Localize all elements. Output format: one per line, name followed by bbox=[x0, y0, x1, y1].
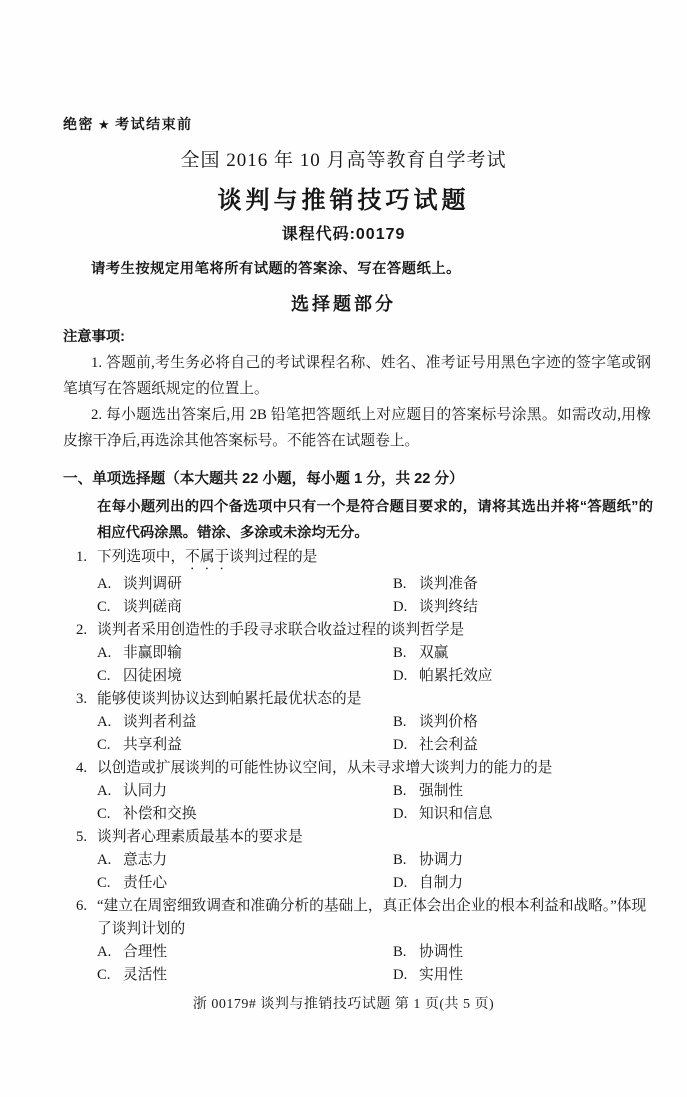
option-d: D.实用性 bbox=[393, 964, 657, 987]
exam-paper-page: 绝密★考试结束前 全国 2016 年 10 月高等教育自学考试 谈判与推销技巧试… bbox=[0, 0, 687, 1097]
option-text: 非赢即输 bbox=[123, 645, 182, 661]
option-key: A. bbox=[97, 642, 123, 665]
option-a: A.谈判者利益 bbox=[97, 711, 393, 734]
question-list: 1.下列选项中，不属于谈判过程的是 A.谈判调研 B.谈判准备 C.谈判磋商 D… bbox=[63, 546, 657, 987]
option-d: D.帕累托效应 bbox=[393, 665, 657, 688]
stem-emphasis-text: 不属于 bbox=[185, 549, 229, 565]
question-number: 6. bbox=[76, 895, 87, 918]
stem-text: 谈判者心理素质最基本的要求是 bbox=[97, 829, 303, 845]
note-item-1: 1. 答题前,考生务必将自己的考试课程名称、姓名、准考证号用黑色字迹的签字笔或钢… bbox=[63, 350, 651, 402]
option-c: C.共享利益 bbox=[97, 734, 393, 757]
option-c: C.责任心 bbox=[97, 872, 393, 895]
option-key: C. bbox=[97, 964, 123, 987]
option-text: 协调性 bbox=[419, 944, 463, 960]
option-c: C.谈判磋商 bbox=[97, 596, 393, 619]
option-b: B.双赢 bbox=[393, 642, 657, 665]
question-number: 5. bbox=[76, 826, 87, 849]
stem-text: 以创造或扩展谈判的可能性协议空间，从未寻求增大谈判力的能力的是 bbox=[97, 760, 552, 776]
option-key: B. bbox=[393, 780, 419, 803]
classification-label: 绝密 bbox=[63, 116, 94, 132]
option-b: B.协调力 bbox=[393, 849, 657, 872]
section-instructions: 在每小题列出的四个备选项中只有一个是符合题目要求的，请将其选出并将“答题纸”的相… bbox=[97, 494, 653, 546]
section-heading: 一、单项选择题（本大题共 22 小题，每小题 1 分，共 22 分） bbox=[63, 464, 653, 494]
option-key: A. bbox=[97, 711, 123, 734]
exam-session-title: 全国 2016 年 10 月高等教育自学考试 bbox=[0, 147, 687, 175]
option-b: B.谈判准备 bbox=[393, 573, 657, 596]
option-a: A.谈判调研 bbox=[97, 573, 393, 596]
option-d: D.谈判终结 bbox=[393, 596, 657, 619]
option-key: D. bbox=[393, 872, 419, 895]
option-text: 合理性 bbox=[123, 944, 167, 960]
single-choice-section: 一、单项选择题（本大题共 22 小题，每小题 1 分，共 22 分） 在每小题列… bbox=[63, 464, 653, 546]
option-d: D.知识和信息 bbox=[393, 803, 657, 826]
option-a: A.认同力 bbox=[97, 780, 393, 803]
option-grid: A.非赢即输 B.双赢 C.囚徒困境 D.帕累托效应 bbox=[63, 642, 657, 688]
note-item-2: 2. 每小题选出答案后,用 2B 铅笔把答题纸上对应题目的答案标号涂黑。如需改动… bbox=[63, 402, 651, 454]
option-key: C. bbox=[97, 596, 123, 619]
question-number: 3. bbox=[76, 688, 87, 711]
question-6: 6.“建立在周密细致调查和准确分析的基础上，真正体会出企业的根本利益和战略。”体… bbox=[63, 895, 657, 987]
option-a: A.非赢即输 bbox=[97, 642, 393, 665]
option-text: 共享利益 bbox=[123, 737, 182, 753]
question-stem: 4.以创造或扩展谈判的可能性协议空间，从未寻求增大谈判力的能力的是 bbox=[63, 757, 657, 780]
question-stem: 2.谈判者采用创造性的手段寻求联合收益过程的谈判哲学是 bbox=[63, 619, 657, 642]
option-key: C. bbox=[97, 665, 123, 688]
option-key: C. bbox=[97, 872, 123, 895]
stem-text: 谈判过程的是 bbox=[229, 549, 317, 565]
option-grid: A.意志力 B.协调力 C.责任心 D.自制力 bbox=[63, 849, 657, 895]
question-3: 3.能够使谈判协议达到帕累托最优状态的是 A.谈判者利益 B.谈判价格 C.共享… bbox=[63, 688, 657, 757]
option-key: C. bbox=[97, 734, 123, 757]
question-stem: 3.能够使谈判协议达到帕累托最优状态的是 bbox=[63, 688, 657, 711]
option-key: D. bbox=[393, 964, 419, 987]
option-text: 谈判调研 bbox=[123, 576, 182, 592]
option-grid: A.认同力 B.强制性 C.补偿和交换 D.知识和信息 bbox=[63, 780, 657, 826]
question-1: 1.下列选项中，不属于谈判过程的是 A.谈判调研 B.谈判准备 C.谈判磋商 D… bbox=[63, 546, 657, 619]
option-text: 知识和信息 bbox=[419, 806, 492, 822]
option-key: D. bbox=[393, 596, 419, 619]
timing-note: 考试结束前 bbox=[115, 116, 193, 132]
option-c: C.囚徒困境 bbox=[97, 665, 393, 688]
stem-text: 谈判者采用创造性的手段寻求联合收益过程的谈判哲学是 bbox=[97, 622, 464, 638]
question-5: 5.谈判者心理素质最基本的要求是 A.意志力 B.协调力 C.责任心 D.自制力 bbox=[63, 826, 657, 895]
exam-subject-title: 谈判与推销技巧试题 bbox=[0, 185, 687, 217]
option-c: C.补偿和交换 bbox=[97, 803, 393, 826]
option-key: D. bbox=[393, 665, 419, 688]
stem-text: 下列选项中， bbox=[97, 549, 185, 565]
option-key: C. bbox=[97, 803, 123, 826]
question-4: 4.以创造或扩展谈判的可能性协议空间，从未寻求增大谈判力的能力的是 A.认同力 … bbox=[63, 757, 657, 826]
option-key: B. bbox=[393, 711, 419, 734]
option-text: 谈判者利益 bbox=[123, 714, 196, 730]
answer-sheet-instruction: 请考生按规定用笔将所有试题的答案涂、写在答题纸上。 bbox=[63, 257, 649, 281]
option-key: D. bbox=[393, 803, 419, 826]
option-key: D. bbox=[393, 734, 419, 757]
option-key: A. bbox=[97, 573, 123, 596]
option-key: B. bbox=[393, 941, 419, 964]
option-text: 实用性 bbox=[419, 967, 463, 983]
option-text: 双赢 bbox=[419, 645, 448, 661]
question-number: 4. bbox=[76, 757, 87, 780]
option-text: 谈判终结 bbox=[419, 599, 478, 615]
option-text: 谈判磋商 bbox=[123, 599, 182, 615]
option-text: 认同力 bbox=[123, 783, 167, 799]
notes-title: 注意事项: bbox=[63, 324, 651, 350]
option-grid: A.合理性 B.协调性 C.灵活性 D.实用性 bbox=[63, 941, 657, 987]
option-key: B. bbox=[393, 642, 419, 665]
option-text: 自制力 bbox=[419, 875, 463, 891]
question-stem: 6.“建立在周密细致调查和准确分析的基础上，真正体会出企业的根本利益和战略。”体… bbox=[63, 895, 657, 941]
option-a: A.合理性 bbox=[97, 941, 393, 964]
option-d: D.社会利益 bbox=[393, 734, 657, 757]
option-text: 补偿和交换 bbox=[123, 806, 196, 822]
question-stem: 5.谈判者心理素质最基本的要求是 bbox=[63, 826, 657, 849]
question-number: 2. bbox=[76, 619, 87, 642]
question-number: 1. bbox=[76, 546, 87, 569]
option-key: A. bbox=[97, 780, 123, 803]
option-text: 意志力 bbox=[123, 852, 167, 868]
star-icon: ★ bbox=[94, 117, 115, 132]
notes-section: 注意事项: 1. 答题前,考生务必将自己的考试课程名称、姓名、准考证号用黑色字迹… bbox=[63, 324, 651, 454]
option-c: C.灵活性 bbox=[97, 964, 393, 987]
option-a: A.意志力 bbox=[97, 849, 393, 872]
option-grid: A.谈判者利益 B.谈判价格 C.共享利益 D.社会利益 bbox=[63, 711, 657, 757]
stem-text: “建立在周密细致调查和准确分析的基础上，真正体会出企业的根本利益和战略。”体现了… bbox=[97, 898, 646, 937]
option-b: B.谈判价格 bbox=[393, 711, 657, 734]
option-d: D.自制力 bbox=[393, 872, 657, 895]
option-text: 责任心 bbox=[123, 875, 167, 891]
course-code: 课程代码:00179 bbox=[0, 223, 687, 247]
option-text: 囚徒困境 bbox=[123, 668, 182, 684]
security-classification-line: 绝密★考试结束前 bbox=[63, 114, 193, 135]
option-key: B. bbox=[393, 573, 419, 596]
page-footer: 浙 00179# 谈判与推销技巧试题 第 1 页(共 5 页) bbox=[0, 995, 687, 1015]
option-text: 灵活性 bbox=[123, 967, 167, 983]
choice-part-title: 选择题部分 bbox=[0, 291, 687, 317]
option-key: A. bbox=[97, 849, 123, 872]
question-stem: 1.下列选项中，不属于谈判过程的是 bbox=[63, 546, 657, 573]
option-text: 谈判价格 bbox=[419, 714, 478, 730]
option-grid: A.谈判调研 B.谈判准备 C.谈判磋商 D.谈判终结 bbox=[63, 573, 657, 619]
option-b: B.强制性 bbox=[393, 780, 657, 803]
option-key: B. bbox=[393, 849, 419, 872]
option-text: 强制性 bbox=[419, 783, 463, 799]
option-text: 社会利益 bbox=[419, 737, 478, 753]
option-b: B.协调性 bbox=[393, 941, 657, 964]
option-text: 协调力 bbox=[419, 852, 463, 868]
stem-text: 能够使谈判协议达到帕累托最优状态的是 bbox=[97, 691, 361, 707]
option-text: 帕累托效应 bbox=[419, 668, 492, 684]
question-2: 2.谈判者采用创造性的手段寻求联合收益过程的谈判哲学是 A.非赢即输 B.双赢 … bbox=[63, 619, 657, 688]
option-key: A. bbox=[97, 941, 123, 964]
option-text: 谈判准备 bbox=[419, 576, 478, 592]
